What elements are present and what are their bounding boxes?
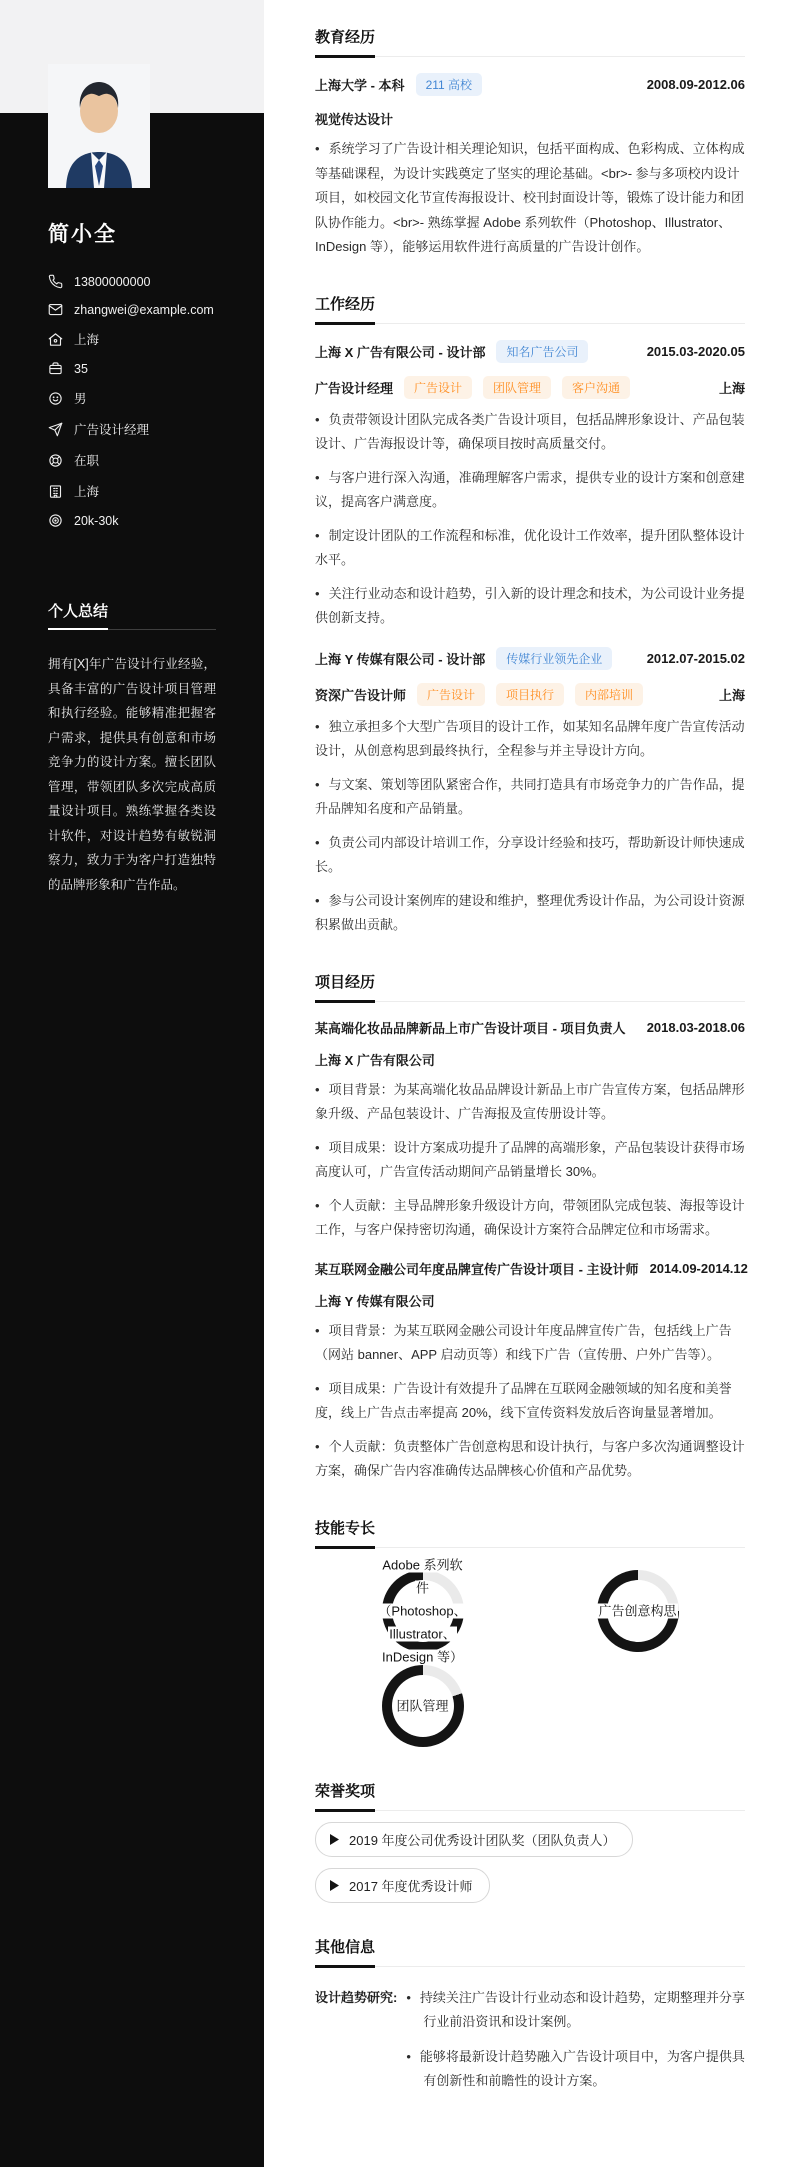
summary-title: 个人总结 [48,600,216,630]
contact-salary-text: 20k-30k [74,514,118,528]
contact-home-text: 上海 [74,330,99,348]
section-projects: 项目经历 某高端化妆品品牌新品上市广告设计项目 - 项目负责人 2018.03-… [315,971,745,1484]
work-bullet: 与客户进行深入沟通，准确理解客户需求，提供专业的设计方案和创意建议，提高客户满意… [315,466,745,515]
position-title: 资深广告设计师 [315,685,406,704]
contact-email: zhangwei@example.com [48,302,216,317]
section-other: 其他信息 设计趋势研究: 持续关注广告设计行业动态和设计趋势，定期整理并分享行业… [315,1936,745,2104]
education-title: 教育经历 [315,26,745,57]
section-honors: 荣誉奖项 2019 年度公司优秀设计团队奖（团队负责人） 2017 年度优秀设计… [315,1780,745,1903]
work-entry: 上海 Y 传媒有限公司 - 设计部 传媒行业领先企业 2012.07-2015.… [315,647,745,938]
skill-donut-chart: 广告创意构思 [597,1570,679,1652]
section-education: 教育经历 上海大学 - 本科 211 高校 2008.09-2012.06 视觉… [315,26,745,260]
skill-item: 广告创意构思 [530,1570,745,1652]
education-bullet: 系统学习了广告设计相关理论知识，包括平面构成、色彩构成、立体构成等基础课程，为设… [315,137,745,260]
project-company: 上海 X 广告有限公司 [315,1050,745,1069]
education-date: 2008.09-2012.06 [647,77,745,92]
company-badge: 传媒行业领先企业 [496,647,612,670]
salary-icon [48,513,63,528]
email-icon [48,302,63,317]
contact-gender: 男 [48,389,216,407]
project-date: 2014.09-2014.12 [650,1261,748,1276]
work-date: 2015.03-2020.05 [647,344,745,359]
skill-item: Adobe 系列软件（Photoshop、Illustrator、InDesig… [315,1570,530,1652]
company-name: 上海 Y 传媒有限公司 - 设计部 [315,649,485,668]
project-bullet: 个人贡献：负责整体广告创意构思和设计执行，与客户多次沟通调整设计方案，确保广告内… [315,1435,745,1484]
project-bullet: 项目成果：设计方案成功提升了品牌的高端形象，产品包装设计获得市场高度认可，广告宣… [315,1136,745,1185]
work-bullet: 关注行业动态和设计趋势，引入新的设计理念和技术，为公司设计业务提供创新支持。 [315,582,745,631]
work-bullet: 独立承担多个大型广告项目的设计工作，如某知名品牌年度广告宣传活动设计，从创意构思… [315,715,745,764]
candidate-name: 简小全 [48,218,216,248]
contact-position: 广告设计经理 [48,420,216,438]
paper-plane-icon [48,422,63,437]
skill-label: 广告创意构思 [592,1599,684,1622]
contact-status-text: 在职 [74,451,99,469]
skill-tag: 内部培训 [575,683,643,706]
honor-text: 2019 年度公司优秀设计团队奖（团队负责人） [349,1830,616,1849]
position-title: 广告设计经理 [315,378,393,397]
skill-tag: 客户沟通 [562,376,630,399]
skill-item: 团队管理 [315,1665,530,1747]
project-bullet: 项目背景：为某高端化妆品品牌设计新品上市广告宣传方案，包括品牌形象升级、产品包装… [315,1078,745,1127]
skill-label: 团队管理 [377,1694,469,1717]
skill-label: Adobe 系列软件（Photoshop、Illustrator、InDesig… [377,1553,469,1668]
work-bullet: 参与公司设计案例库的建设和维护，整理优秀设计作品，为公司设计资源积累做出贡献。 [315,889,745,938]
projects-title: 项目经历 [315,971,745,1002]
contact-status: 在职 [48,451,216,469]
contact-phone-text: 13800000000 [74,275,150,289]
resume-main: 教育经历 上海大学 - 本科 211 高校 2008.09-2012.06 视觉… [264,0,794,2167]
work-title: 工作经历 [315,293,745,324]
face-icon [48,391,63,406]
work-bullet: 与文案、策划等团队紧密合作，共同打造具有市场竞争力的广告作品，提升品牌知名度和产… [315,773,745,822]
contact-home: 上海 [48,330,216,348]
skill-donut-chart: Adobe 系列软件（Photoshop、Illustrator、InDesig… [382,1570,464,1652]
sidebar: 简小全 13800000000 zhangwei@example.com [0,0,264,2167]
skill-donut-chart: 团队管理 [382,1665,464,1747]
skill-tag: 广告设计 [417,683,485,706]
work-entry: 上海 X 广告有限公司 - 设计部 知名广告公司 2015.03-2020.05… [315,340,745,631]
other-label: 设计趋势研究: [315,1986,397,2104]
school-badge: 211 高校 [416,73,482,96]
project-bullet: 个人贡献：主导品牌形象升级设计方向，带领团队完成包装、海报等设计工作，与客户保持… [315,1194,745,1243]
project-bullet: 项目成果：广告设计有效提升了品牌在互联网金融领域的知名度和美誉度，线上广告点击率… [315,1377,745,1426]
contact-city-text: 上海 [74,482,99,500]
other-bullet: 能够将最新设计趋势融入广告设计项目中，为客户提供具有创新性和前瞻性的设计方案。 [406,2045,745,2094]
contact-email-text: zhangwei@example.com [74,303,214,317]
school-name: 上海大学 - 本科 [315,75,405,94]
honor-text: 2017 年度优秀设计师 [349,1876,473,1895]
briefcase-icon [48,361,63,376]
other-bullet: 持续关注广告设计行业动态和设计趋势，定期整理并分享行业前沿资讯和设计案例。 [406,1986,745,2035]
contact-phone: 13800000000 [48,274,216,289]
section-skills: 技能专长 Adobe 系列软件（Photoshop、Illustrator、In… [315,1517,745,1747]
project-name: 某高端化妆品品牌新品上市广告设计项目 - 项目负责人 [315,1018,626,1037]
personal-summary-section: 个人总结 拥有[X]年广告设计行业经验，具备丰富的广告设计项目管理和执行经验。能… [48,600,216,897]
skill-tag: 团队管理 [483,376,551,399]
work-bullet: 制定设计团队的工作流程和标准，优化设计工作效率，提升团队整体设计水平。 [315,524,745,573]
honors-title: 荣誉奖项 [315,1780,745,1811]
contact-city: 上海 [48,482,216,500]
other-row: 设计趋势研究: 持续关注广告设计行业动态和设计趋势，定期整理并分享行业前沿资讯和… [315,1986,745,2104]
other-bullets: 持续关注广告设计行业动态和设计趋势，定期整理并分享行业前沿资讯和设计案例。 能够… [406,1986,745,2104]
skill-tag: 广告设计 [404,376,472,399]
phone-icon [48,274,63,289]
building-icon [48,484,63,499]
work-location: 上海 [719,685,745,704]
contact-list: 13800000000 zhangwei@example.com 上海 [48,274,216,528]
contact-gender-text: 男 [74,389,87,407]
work-bullet: 负责带领设计团队完成各类广告设计项目，包括品牌形象设计、产品包装设计、广告海报设… [315,408,745,457]
contact-position-text: 广告设计经理 [74,420,149,438]
honor-item: 2017 年度优秀设计师 [315,1868,490,1903]
project-company: 上海 Y 传媒有限公司 [315,1291,745,1310]
resume-page: 简小全 13800000000 zhangwei@example.com [0,0,794,2167]
skills-title: 技能专长 [315,1517,745,1548]
play-icon [330,1880,339,1891]
contact-salary: 20k-30k [48,513,216,528]
summary-text: 拥有[X]年广告设计行业经验，具备丰富的广告设计项目管理和执行经验。能够精准把握… [48,652,216,897]
status-icon [48,453,63,468]
project-entry: 某互联网金融公司年度品牌宣传广告设计项目 - 主设计师 2014.09-2014… [315,1259,745,1484]
project-entry: 某高端化妆品品牌新品上市广告设计项目 - 项目负责人 2018.03-2018.… [315,1018,745,1243]
skills-grid: Adobe 系列软件（Photoshop、Illustrator、InDesig… [315,1570,745,1747]
work-date: 2012.07-2015.02 [647,651,745,666]
home-icon [48,332,63,347]
education-entry: 上海大学 - 本科 211 高校 2008.09-2012.06 视觉传达设计 … [315,73,745,260]
work-bullet: 负责公司内部设计培训工作，分享设计经验和技巧，帮助新设计师快速成长。 [315,831,745,880]
company-name: 上海 X 广告有限公司 - 设计部 [315,342,485,361]
honor-item: 2019 年度公司优秀设计团队奖（团队负责人） [315,1822,633,1857]
project-name: 某互联网金融公司年度品牌宣传广告设计项目 - 主设计师 [315,1259,639,1278]
company-badge: 知名广告公司 [496,340,588,363]
project-date: 2018.03-2018.06 [647,1020,745,1035]
major-name: 视觉传达设计 [315,109,745,128]
other-title: 其他信息 [315,1936,745,1967]
contact-age-text: 35 [74,362,88,376]
play-icon [330,1834,339,1845]
profile-photo [48,64,150,188]
section-work: 工作经历 上海 X 广告有限公司 - 设计部 知名广告公司 2015.03-20… [315,293,745,938]
skill-tag: 项目执行 [496,683,564,706]
work-location: 上海 [719,378,745,397]
project-bullet: 项目背景：为某互联网金融公司设计年度品牌宣传广告，包括线上广告（网站 banne… [315,1319,745,1368]
contact-age: 35 [48,361,216,376]
